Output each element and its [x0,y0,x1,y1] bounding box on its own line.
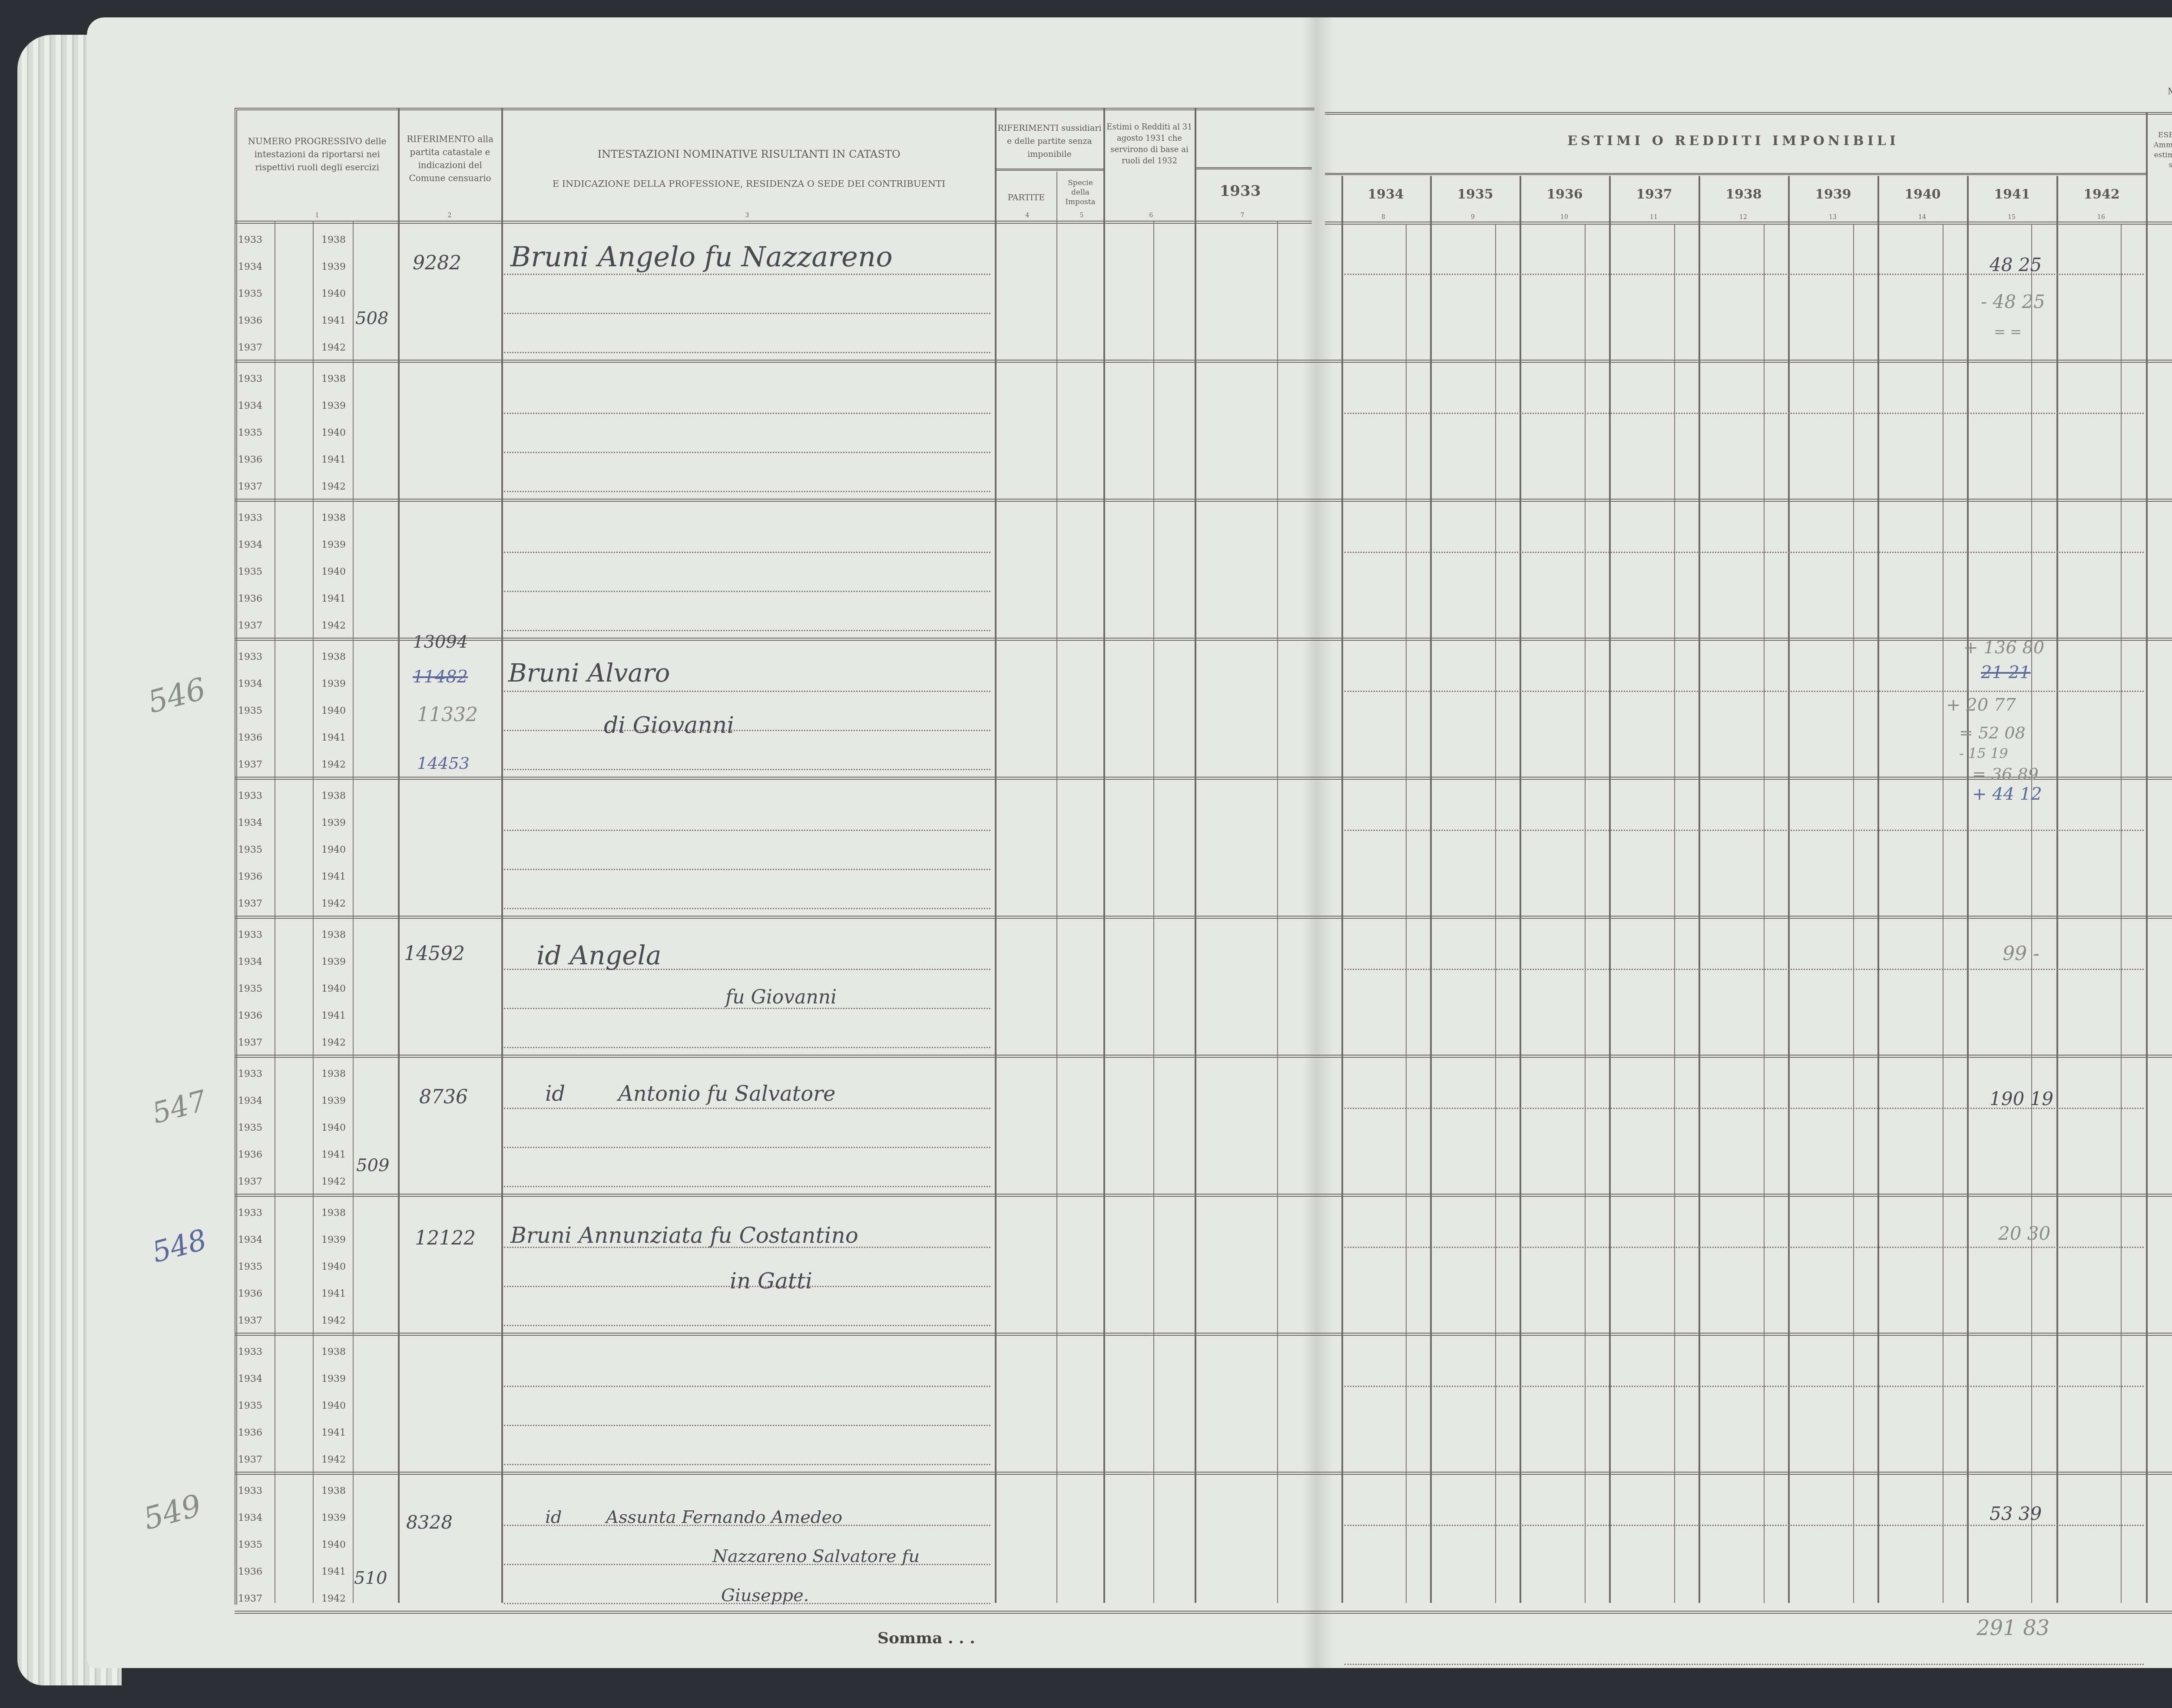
year-label: 1936 [238,732,262,743]
year-label: 1934 [238,1374,262,1384]
year-label: 1936 [238,454,262,465]
year-label: 1940 [321,1400,346,1411]
dotted-line [1344,1525,2144,1526]
column-number: 1 [313,212,321,219]
col-divider [1520,176,1521,1603]
year-label: 1939 [321,818,346,828]
year-header-1941: 1941 [1969,187,2056,202]
year-header-1937: 1937 [1611,187,1698,202]
year-label: 1942 [321,1315,346,1326]
header-estimi: ESTIMI O REDDITI IMPONIBILI [1325,135,2142,148]
dotted-line [504,691,990,692]
year-label: 1935 [238,705,262,716]
dotted-line [504,352,990,353]
year-label: 1939 [321,1235,346,1245]
year-header-1938: 1938 [1700,187,1787,202]
col-divider [1277,222,1278,1603]
year-label: 1938 [321,1347,346,1357]
year-label: 1933 [238,1486,262,1496]
cents-divider [1674,224,1675,1603]
total-1941: 291 83 [1977,1616,2049,1640]
dotted-line [1344,1386,2144,1387]
cents-divider [1764,224,1765,1603]
year-label: 1934 [238,540,262,550]
row-separator [235,777,2172,780]
partita-number: 11332 [417,704,478,726]
year-label: 1940 [321,427,346,438]
cents-divider [1853,224,1854,1603]
col-divider [398,109,400,1603]
year-label: 1936 [238,871,262,882]
dotted-line [504,730,990,731]
year-label: 1935 [238,288,262,299]
dotted-line [504,769,990,770]
column-number: 16 [2097,214,2105,221]
year-label: 1940 [321,705,346,716]
year-label: 1942 [321,1176,346,1187]
col-divider [353,222,354,1603]
year-label: 1935 [238,1539,262,1550]
dotted-line [504,1325,990,1326]
dotted-line [504,830,990,831]
year-label: 1934 [238,1096,262,1106]
col-divider [1153,222,1154,1603]
dotted-line [504,1425,990,1426]
partita-number: 14592 [404,943,465,965]
year-label: 1939 [321,401,346,411]
row-separator [235,499,2172,502]
dotted-line [1344,969,2144,970]
year-label: 1940 [321,844,346,855]
column-number: 8 [1381,214,1385,221]
year-label: 1938 [321,1208,346,1218]
year-label: 1938 [321,652,346,662]
dotted-line [504,491,990,492]
year-header-1936: 1936 [1521,187,1608,202]
cents-divider [1406,224,1407,1603]
row-separator [235,1055,2172,1058]
year-label: 1936 [238,1427,262,1438]
col-divider [2146,112,2148,1603]
year-label: 1933 [238,513,262,523]
value-1941: 20 30 [1998,1223,2050,1244]
year-label: 1936 [238,315,262,326]
year-label: 1936 [238,1566,262,1577]
column-number: 5 [1077,212,1086,219]
year-header-1942: 1942 [2058,187,2145,202]
row-separator [235,360,2172,363]
year-label: 1939 [321,957,346,967]
col-divider [1609,176,1611,1603]
somma-label: Somma . . . [877,1629,975,1647]
dotted-line [504,869,990,870]
year-label: 1937 [238,1176,262,1187]
value-1941-struck: 21 21 [1981,662,2031,682]
year-header-1934: 1934 [1342,187,1429,202]
taxpayer-name-line2: Nazzareno Salvatore fu [712,1546,920,1566]
right-table-frame [1325,112,2172,1609]
taxpayer-name-line2: fu Giovanni [725,986,837,1008]
year-label: 1937 [238,342,262,353]
col-divider [2056,176,2058,1603]
year-label: 1936 [238,1149,262,1160]
cents-divider [2031,224,2032,1603]
column-number: 6 [1147,212,1156,219]
taxpayer-name: id Assunta Fernando Amedeo [545,1507,842,1527]
year-label: 1937 [238,1454,262,1465]
year-label: 1933 [238,235,262,245]
taxpayer-name: Bruni Annunziata fu Costantino [510,1223,858,1248]
year-label: 1942 [321,759,346,770]
year-label: 1942 [321,1037,346,1048]
year-label: 1936 [238,593,262,604]
col-divider [1967,176,1969,1603]
year-label: 1939 [321,261,346,272]
taxpayer-name: id Antonio fu Salvatore [545,1082,835,1106]
value-1941: + 136 80 [1963,638,2044,658]
column-number: 7 [1238,212,1247,219]
year-label: 1938 [321,930,346,940]
year-label: 1933 [238,1069,262,1079]
taxpayer-name-line3: Giuseppe. [721,1586,809,1605]
cents-divider [1585,224,1586,1603]
header-col3-line1: INTESTAZIONI NOMINATIVE RISULTANTI IN CA… [504,148,994,161]
year-label: 1942 [321,481,346,492]
year-label: 1942 [321,1454,346,1465]
year-label: 1941 [321,454,346,465]
value-1941-sum: = 52 08 [1959,723,2026,742]
year-label: 1937 [238,481,262,492]
year-header-1939: 1939 [1790,187,1877,202]
year-label: 1933 [238,652,262,662]
col-divider [995,109,997,1603]
year-label: 1933 [238,1208,262,1218]
right-header-rule [1325,222,2172,225]
value-1941-result: = 36 89 [1972,765,2039,784]
col-divider [1056,172,1057,1603]
dotted-line [504,1047,990,1048]
dotted-line [1344,830,2144,831]
column-number: 15 [2008,214,2016,221]
year-label: 1940 [321,566,346,577]
rule [1325,173,2146,175]
ruolo-number: 510 [354,1568,387,1588]
year-header-1935: 1935 [1432,187,1519,202]
dotted-line [504,552,990,553]
cents-divider [2121,224,2122,1603]
year-label: 1935 [238,983,262,994]
year-label: 1934 [238,1513,262,1523]
partita-number: 8328 [406,1512,453,1533]
value-1941: 190 19 [1990,1088,2053,1109]
year-label: 1935 [238,844,262,855]
value-1941: 99 - [2003,943,2040,965]
partita-number: 9282 [413,252,461,274]
ruolo-number: 509 [356,1155,389,1175]
column-number: 12 [1739,214,1747,221]
year-label: 1934 [238,261,262,272]
value-1941-add: + 20 77 [1946,695,2016,715]
rule [1195,167,1312,169]
header-col3-line2: E INDICAZIONE DELLA PROFESSIONE, RESIDEN… [504,177,994,190]
dotted-line [1344,552,2144,553]
year-label: 1940 [321,983,346,994]
year-label: 1940 [321,1261,346,1272]
year-label: 1934 [238,1235,262,1245]
col-divider [313,222,314,1603]
taxpayer-name: Bruni Angelo fu Nazzareno [510,241,893,273]
dotted-line [1344,1664,2144,1665]
partita-number: 14453 [417,754,470,773]
year-label: 1941 [321,1288,346,1299]
year-label: 1941 [321,593,346,604]
year-label: 1941 [321,315,346,326]
value-1941-sub: - 15 19 [1959,745,2008,761]
year-label: 1937 [238,1037,262,1048]
year-label: 1941 [321,1149,346,1160]
header-col2: RIFERIMENTO alla partita catastale e ind… [400,132,500,185]
year-label: 1936 [238,1288,262,1299]
year-label: 1933 [238,791,262,801]
header-col1: NUMERO PROGRESSIVO delle intestazioni da… [237,135,397,174]
dotted-line [504,630,990,631]
value-1941: + 44 12 [1972,784,2042,804]
year-label: 1935 [238,427,262,438]
column-number: 3 [743,212,752,219]
year-label: 1939 [321,540,346,550]
cents-divider [1495,224,1496,1603]
value-1941: 53 39 [1990,1503,2042,1524]
year-label: 1939 [321,1096,346,1106]
rule [995,169,1103,171]
value-1941-correction: - 48 25 [1981,291,2045,312]
year-label: 1941 [321,732,346,743]
col-divider [501,109,503,1603]
taxpayer-name: id Angela [536,940,662,971]
year-label: 1939 [321,679,346,689]
cents-divider [1943,224,1944,1603]
taxpayer-name-line2: di Giovanni [604,712,734,738]
row-separator [235,1333,2172,1336]
row-separator [235,1611,2172,1614]
header-col7-year: 1933 [1197,185,1284,198]
year-label: 1933 [238,930,262,940]
year-label: 1934 [238,818,262,828]
column-number: 13 [1829,214,1837,221]
column-number: 10 [1560,214,1568,221]
value-1941-zero: = = [1994,324,2022,340]
row-separator [235,1194,2172,1197]
year-label: 1939 [321,1513,346,1523]
year-label: 1942 [321,1593,346,1604]
year-label: 1935 [238,566,262,577]
year-label: 1941 [321,1010,346,1021]
column-number: 9 [1471,214,1475,221]
row-separator [235,916,2172,919]
partita-number: 12122 [415,1227,476,1249]
header-esenzioni: ESENZIONI — Ammontare degli estimi o red… [2148,130,2172,170]
ruolo-number: 508 [355,308,388,328]
dotted-line [504,313,990,314]
dotted-line [504,1108,990,1109]
dotted-line [504,1464,990,1465]
year-label: 1941 [321,1566,346,1577]
row-separator [235,1472,2172,1475]
dotted-line [504,1186,990,1187]
column-number: 14 [1918,214,1926,221]
year-label: 1940 [321,1539,346,1550]
partita-number-struck: 11482 [413,667,468,687]
col-divider [1430,176,1432,1603]
year-label: 1938 [321,1069,346,1079]
col-divider [275,222,275,1603]
year-label: 1937 [238,1593,262,1604]
column-number: 11 [1650,214,1658,221]
year-label: 1942 [321,342,346,353]
col-divider [1788,176,1790,1603]
dotted-line [1344,691,2144,692]
dotted-line [504,591,990,592]
year-label: 1934 [238,679,262,689]
partita-number: 8736 [419,1086,468,1108]
year-label: 1935 [238,1261,262,1272]
column-number: 4 [1023,212,1032,219]
dotted-line [1344,413,2144,414]
year-label: 1933 [238,1347,262,1357]
year-label: 1938 [321,791,346,801]
year-label: 1942 [321,898,346,909]
year-label: 1938 [321,1486,346,1496]
col-divider [1195,109,1196,1603]
year-label: 1934 [238,401,262,411]
year-label: 1940 [321,288,346,299]
dotted-line [504,1386,990,1387]
dotted-line [504,908,990,909]
year-label: 1942 [321,620,346,631]
year-label: 1933 [238,374,262,384]
dotted-line [504,274,990,275]
year-label: 1934 [238,957,262,967]
partita-number: 13094 [413,632,468,652]
year-label: 1941 [321,1427,346,1438]
header-col45-group: RIFERIMENTI sussidiari e delle partite s… [997,122,1102,161]
col-divider [1103,109,1105,1603]
column-number: 2 [445,212,454,219]
year-label: 1941 [321,871,346,882]
year-label: 1937 [238,620,262,631]
col-divider [1341,176,1343,1603]
year-label: 1939 [321,1374,346,1384]
year-label: 1935 [238,1400,262,1411]
header-col6: Estimi o Redditi al 31 agosto 1931 che s… [1106,122,1193,167]
taxpayer-name: Bruni Alvaro [508,658,670,688]
year-label: 1937 [238,759,262,770]
year-label: 1937 [238,1315,262,1326]
value-1941: 48 25 [1990,254,2042,275]
year-label: 1936 [238,1010,262,1021]
dotted-line [504,1147,990,1148]
taxpayer-name-line2: in Gatti [730,1268,812,1294]
year-label: 1938 [321,374,346,384]
left-table-frame [235,108,1314,1605]
year-header-1940: 1940 [1879,187,1966,202]
dotted-line [504,413,990,414]
header-col5: Specie della Imposta [1058,178,1103,207]
dotted-line [504,452,990,453]
year-label: 1938 [321,513,346,523]
form-code: Mod. 111 - Imposte Dirette (Intercalare)… [2168,86,2172,96]
col-divider [1699,176,1700,1603]
row-separator [235,638,2172,641]
dotted-line [1344,1247,2144,1248]
year-label: 1937 [238,898,262,909]
year-label: 1938 [321,235,346,245]
year-label: 1935 [238,1122,262,1133]
left-header-rule [235,221,1312,224]
year-label: 1940 [321,1122,346,1133]
header-col4: PARTITE [997,191,1056,204]
col-divider [1877,176,1879,1603]
